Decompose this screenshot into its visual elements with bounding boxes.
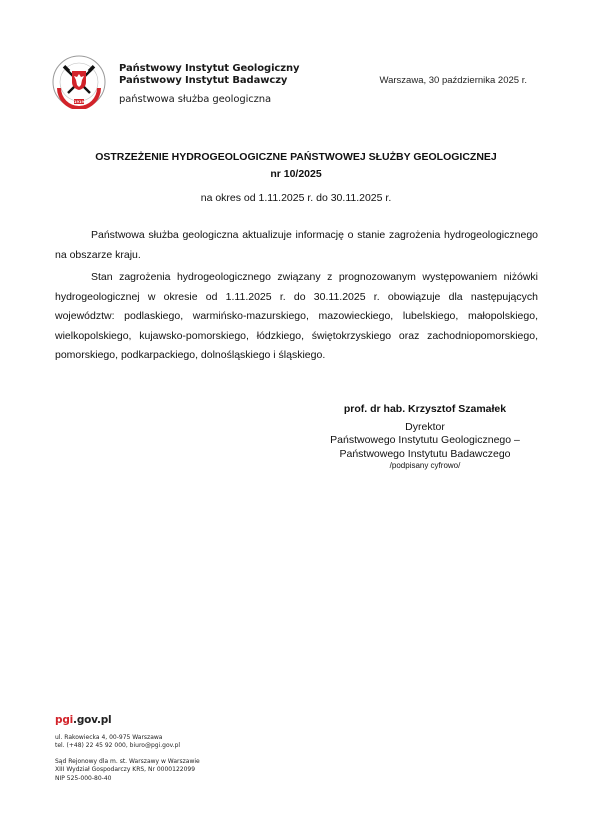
digital-signature-note: /podpisany cyfrowo/ (300, 461, 550, 471)
signatory-name: prof. dr hab. Krzysztof Szamałek (300, 403, 550, 417)
pgi-emblem-icon: 1919 (52, 55, 106, 109)
org-name-line2: Państwowy Instytut Badawczy (119, 75, 299, 87)
signatory-institution-line1: Państwowego Instytutu Geologicznego – (300, 434, 550, 448)
document-body: Państwowa służba geologiczna aktualizuje… (55, 226, 538, 369)
website-link[interactable]: pgi.gov.pl (55, 714, 200, 726)
document-number: nr 10/2025 (0, 166, 592, 183)
website-prefix: pgi (55, 714, 73, 726)
footer-nip: NIP 525-000-80-40 (55, 775, 200, 783)
org-subtitle: państwowa służba geologiczna (119, 94, 299, 106)
footer-address: ul. Rakowiecka 4, 00-975 Warszawa (55, 734, 200, 742)
document-date: Warszawa, 30 października 2025 r. (379, 75, 527, 86)
body-paragraph: Państwowa służba geologiczna aktualizuje… (55, 226, 538, 265)
validity-period: na okres od 1.11.2025 r. do 30.11.2025 r… (0, 192, 592, 204)
organization-name-block: Państwowy Instytut Geologiczny Państwowy… (119, 63, 299, 106)
footer-court-line1: Sąd Rejonowy dla m. st. Warszawy w Warsz… (55, 758, 200, 766)
footer-contact: tel. (+48) 22 45 92 000, biuro@pgi.gov.p… (55, 742, 200, 750)
signatory-role: Dyrektor (300, 421, 550, 435)
org-name-line1: Państwowy Instytut Geologiczny (119, 63, 299, 75)
footer-court-line2: XIII Wydział Gospodarczy KRS, Nr 0000122… (55, 766, 200, 774)
svg-text:1919: 1919 (74, 100, 85, 104)
website-suffix: .gov.pl (73, 714, 111, 726)
body-paragraph: Stan zagrożenia hydrogeologicznego związ… (55, 268, 538, 366)
footer: pgi.gov.pl ul. Rakowiecka 4, 00-975 Wars… (55, 714, 200, 783)
document-title: OSTRZEŻENIE HYDROGEOLOGICZNE PAŃSTWOWEJ … (0, 149, 592, 166)
document-title-block: OSTRZEŻENIE HYDROGEOLOGICZNE PAŃSTWOWEJ … (0, 149, 592, 183)
signatory-institution-line2: Państwowego Instytutu Badawczego (300, 448, 550, 462)
signature-block: prof. dr hab. Krzysztof Szamałek Dyrekto… (300, 403, 550, 471)
